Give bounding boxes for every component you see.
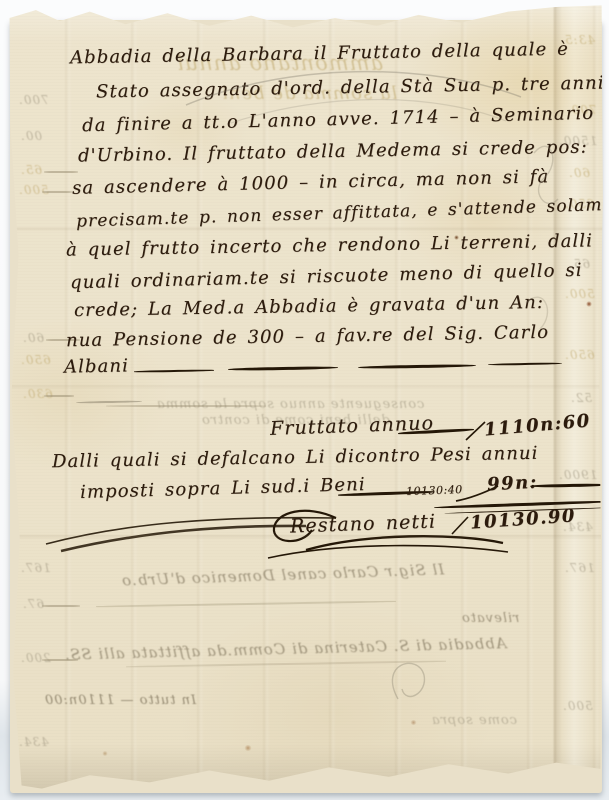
ghost-number: 500. [564,287,595,301]
accounting-value-netti: 10130.90 [469,505,576,533]
ink-stroke [134,369,214,372]
accounting-label-netti: Restano netti [290,510,437,537]
ghost-number: 650. [20,353,51,367]
accounting-label-fruttato: Fruttato annuo [270,412,435,440]
manuscript-page: ammontano annui la somma de beni consegu… [6,3,604,791]
manuscript-line: da finire a tt.o L'anno avve. 1714 – à S… [82,103,595,137]
ghost-number: 500. [562,699,593,713]
ghost-number: 500. [18,183,49,197]
ghost-stroke [106,405,266,407]
ghost-number: 60. [568,166,590,180]
ghost-line: In tutto — 1110n:00 [44,693,196,708]
ink-stroke [530,483,608,487]
accounting-subvalue: 10130:40 [406,483,463,498]
stain-speck [410,720,417,725]
ghost-stroke [44,171,78,173]
stain-speck [586,301,592,307]
ghost-number: 60. [22,331,44,345]
manuscript-line: nua Pensione de 300 – a fav.re del Sig. … [66,322,549,351]
manuscript-line: crede; La Med.a Abbadia è gravata d'un A… [74,292,544,321]
manuscript-line: precisam.te p. non esser affittata, e s'… [76,194,609,231]
ghost-number: 167. [564,561,595,575]
stain-speck [454,235,459,240]
ghost-line: come sopra [431,713,517,728]
ghost-stroke [44,395,74,397]
ghost-number: 67. [22,597,44,611]
ghost-line: rilevato [461,611,519,626]
manuscript-line: quali ordinariam.te si riscuote meno di … [70,260,583,294]
scanned-document: ammontano annui la somma de beni consegu… [0,0,609,800]
ghost-line: Abbadia di S. Caterina di Comm.da affitt… [64,634,507,664]
accounting-value-fruttato: 1110n:60 [483,410,591,440]
ink-stroke [358,364,476,369]
manuscript-line: Albani [64,355,129,377]
manuscript-line: à quel frutto incerto che rendono Li ter… [66,230,593,260]
ghost-stroke [96,600,396,607]
manuscript-line: Stato assegnato d'ord. della Stà Sua p. … [96,73,605,103]
ink-stroke [488,362,562,365]
ghost-number: 1900. [558,468,597,482]
ghost-number: 00. [20,129,42,143]
ghost-number: 167. [20,561,51,575]
ghost-number: 434. [18,735,49,749]
stain-speck [102,751,108,756]
ghost-stroke [126,660,446,667]
stain-speck [244,745,252,751]
ink-stroke [228,366,338,371]
ghost-stroke [42,605,80,607]
manuscript-line: d'Urbino. Il fruttato della Medema si cr… [78,137,588,167]
accounting-value-pesi: 99n: [486,472,538,496]
ghost-number: 630. [22,387,53,401]
ghost-stroke [42,659,78,661]
ghost-number: 65. [20,163,42,177]
ghost-number: 52. [570,391,592,405]
ink-stroke [76,400,142,403]
manuscript-line: sa ascendere à 1000 – in circa, ma non s… [72,166,550,199]
manuscript-line: Abbadia della Barbara il Fruttato della … [70,39,569,69]
ghost-number: 700. [18,93,49,107]
accounting-text: Dalli quali si defalcano Li dicontro Pes… [52,443,539,472]
ghost-line: Il Sig.r Carlo canel Domenico d'Urb.o [121,560,445,589]
accounting-text: imposti sopra Li sud.i Beni [80,474,366,503]
ghost-number: 650. [564,348,595,362]
ghost-stroke [42,191,72,193]
ghost-number: 200. [20,651,51,665]
